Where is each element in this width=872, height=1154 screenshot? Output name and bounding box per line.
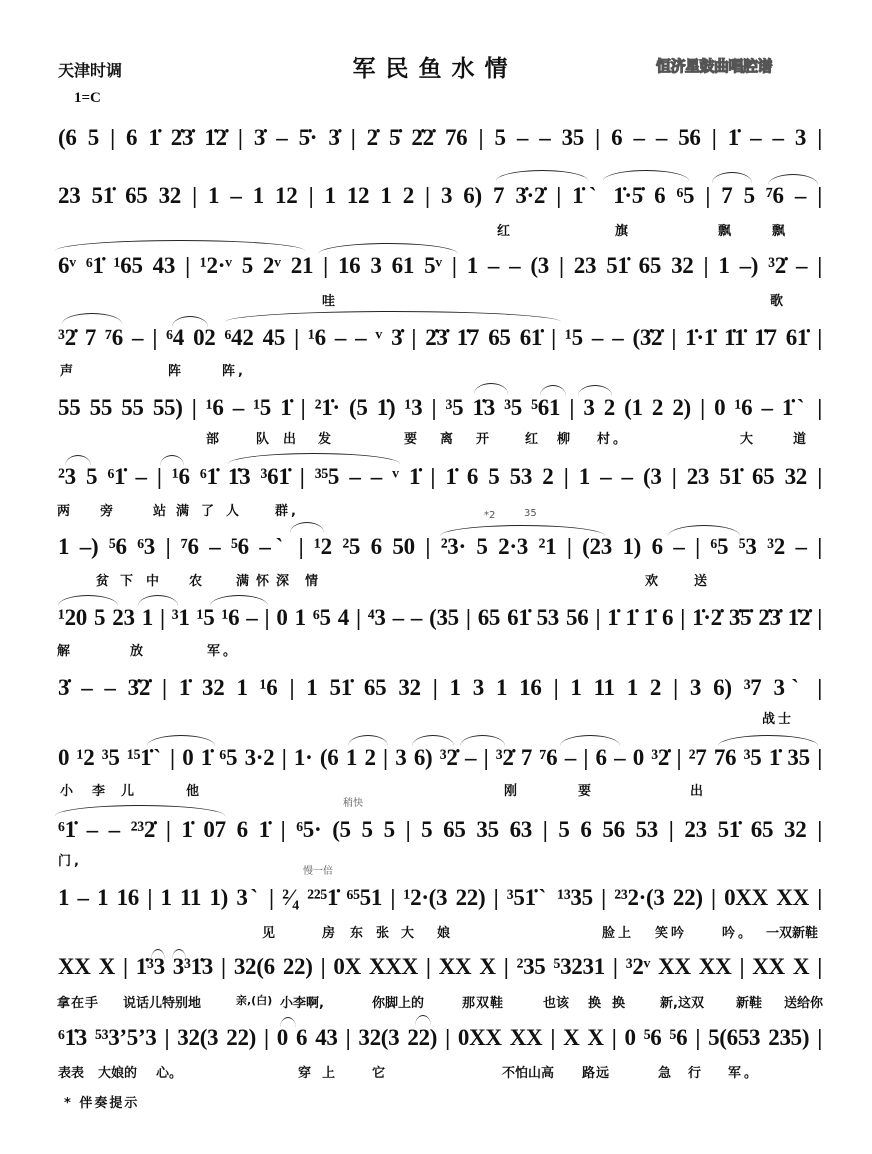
lyric: 吟。 — [722, 922, 754, 941]
lyric: 新鞋 — [736, 992, 762, 1011]
lyric: 脸上 — [602, 922, 634, 941]
lyric: 站 — [153, 500, 169, 519]
lyric: 那双鞋 — [462, 992, 504, 1011]
lyric: 要 — [578, 780, 594, 799]
lyric: 你脚上的 — [372, 992, 424, 1011]
lyric: 刚 — [504, 780, 520, 799]
lyric: 队 — [256, 428, 272, 447]
score-page: 天津时调 军民鱼水情 恒济星鼓曲唱腔谱 1=C *2 35 稍快 慢一倍 (6 … — [0, 0, 872, 1154]
lyric: 门, — [58, 850, 82, 869]
lyric: 穿 — [298, 1062, 314, 1081]
lyric: 它 — [372, 1062, 388, 1081]
lyric: 贫 — [96, 570, 112, 589]
lyric: 小李啊, — [280, 992, 324, 1011]
lyric: 见 — [262, 922, 278, 941]
lyric: 大 — [740, 428, 756, 447]
lyric: 大娘的 — [98, 1062, 137, 1081]
tempo-marking-faster: 稍快 — [343, 794, 363, 809]
notation-line-3: 6ᵛ ⁶1̇ ¹65 43 | ¹2·ᵛ 5 2ᵛ 21 | 16 3 61 5… — [58, 253, 822, 283]
key-signature: 1=C — [74, 90, 101, 107]
lyric: 情 — [305, 570, 321, 589]
lyric: 送给你 — [784, 992, 823, 1011]
lyric: 了 — [201, 500, 217, 519]
slur — [496, 170, 588, 181]
slur — [225, 311, 561, 322]
lyric: 满 — [176, 500, 192, 519]
lyric: 换 — [612, 992, 628, 1011]
slur — [603, 170, 689, 181]
lyric: 张 — [376, 922, 392, 941]
slur — [290, 522, 324, 533]
lyric: 发 — [318, 428, 334, 447]
notation-line-11: ⁶1̇ – – ²³2̇ | 1̇ 07 6 1̇ | ⁶5· (5 5 5 |… — [58, 817, 822, 847]
lyric: 急 — [658, 1062, 674, 1081]
lyric: 表表 — [58, 1062, 84, 1081]
lyric: 换 — [588, 992, 604, 1011]
lyric: 李 — [92, 780, 108, 799]
lyric: 怀 — [256, 570, 272, 589]
lyric: 飘 — [772, 220, 788, 239]
lyric: 农 — [189, 570, 205, 589]
slur — [712, 172, 752, 183]
accompaniment-notes: 35 — [524, 508, 537, 519]
genre-label: 天津时调 — [58, 58, 122, 81]
lyric: 亲,(白) — [236, 992, 272, 1008]
lyric: 放 — [130, 640, 146, 659]
lyric: 满 — [236, 570, 252, 589]
notation-line-7: 1 –) ⁵6 ⁶3 | ⁷6 – ⁵6 –ˋ | ¹2 ²5 6 50 | ²… — [58, 534, 822, 564]
lyric: 两 — [57, 500, 73, 519]
lyric: 上 — [322, 1062, 338, 1081]
notation-line-6: ²3 5 ⁶1̇ – | ¹6 ⁶1̇ 1̇3 ³61̇ | ³⁵5 – – ᵛ… — [58, 464, 822, 494]
notation-line-10: 0 ¹2 ³5 ¹⁵1̇ˋ | 0 1̇ ⁶5 3·2 | 1· (6 1 2 … — [58, 745, 822, 775]
lyric: 声 — [60, 360, 76, 379]
slur — [55, 240, 305, 251]
lyric: 一双新鞋 — [766, 922, 818, 941]
lyric: 拿在手 — [57, 992, 99, 1011]
lyric: 大 — [401, 922, 417, 941]
lyric: 中 — [146, 570, 162, 589]
slur — [55, 805, 225, 816]
notation-line-14: ⁶1̇3 ⁵³3ʼ5ʼ3 | 32(3 22) | 0 6 43 | 32(3 … — [58, 1025, 822, 1055]
lyric: 说话儿特别地 — [123, 992, 201, 1011]
lyric: 出 — [690, 780, 706, 799]
lyric: 出 — [283, 428, 299, 447]
lyric: 娘 — [437, 922, 453, 941]
notation-line-4: ³2̇ 7 ⁷6 – | ⁶4 02 ⁶42 45 | ¹6 – – ᵛ 3̇ … — [58, 325, 822, 355]
notation-line-1: (6 5 | 6 1̇ 2̇3̇ 1̇2̇ | 3̇ – 5̇· 3̇ | 2̇… — [58, 125, 822, 155]
lyric: 军。 — [728, 1062, 760, 1081]
lyric: 离 — [440, 428, 456, 447]
lyric: 红 — [525, 428, 541, 447]
lyric: 下 — [120, 570, 136, 589]
lyric: 开 — [476, 428, 492, 447]
notation-line-8: ¹20 5 23 1 | ³1 ¹5 ¹6 – | 0 1 ⁶5 4 | ⁴3 … — [58, 605, 822, 635]
source-watermark: 恒济星鼓曲唱腔谱 — [656, 55, 772, 76]
lyric: 战士 — [762, 708, 794, 727]
lyric: 新,这双 — [660, 992, 704, 1011]
lyric: 送 — [694, 570, 710, 589]
slur — [474, 383, 508, 394]
notation-line-12: 1 – 1 16 | 1 11 1) 3ˋ | ²⁄₄ ²²⁵1̇ ⁶⁵51 |… — [58, 885, 822, 915]
lyric: 他 — [186, 780, 202, 799]
lyric: 人 — [226, 500, 242, 519]
lyric: 柳 — [557, 428, 573, 447]
notation-line-13: XX X | 1̇³3 3³1̇3 | 32(6 22) | 0X XXX | … — [58, 954, 822, 984]
lyric: 房 — [322, 922, 338, 941]
page-title: 军民鱼水情 — [290, 50, 580, 83]
lyric: 解 — [57, 640, 73, 659]
lyric: 阵 — [168, 360, 184, 379]
slur — [228, 453, 400, 464]
lyric: 飘 — [718, 220, 734, 239]
lyric: 群, — [275, 500, 299, 519]
slur — [62, 313, 122, 324]
lyric: 要 — [404, 428, 420, 447]
lyric: 路远 — [582, 1062, 610, 1081]
lyric: 深 — [276, 570, 292, 589]
lyric: 旁 — [100, 500, 116, 519]
lyric: 阵, — [222, 360, 246, 379]
lyric: 军。 — [207, 640, 239, 659]
lyric: 哇 — [322, 290, 338, 309]
lyric: 也该 — [543, 992, 569, 1011]
notation-line-5: 55 55 55 55) | ¹6 – ¹5 1̇ | ²1̇· (5 1̇) … — [58, 395, 822, 425]
lyric: 小 — [60, 780, 76, 799]
tempo-marking-slower: 慢一倍 — [303, 862, 333, 877]
lyric: 道 — [793, 428, 809, 447]
lyric: 旗 — [615, 220, 631, 239]
lyric: 红 — [497, 220, 513, 239]
accompaniment-hint-note: * 伴奏提示 — [64, 1092, 139, 1111]
lyric: 欢 — [645, 570, 661, 589]
notation-line-2: 23 51̇ 65 32 | 1 – 1 12 | 1 12 1 2 | 3 6… — [58, 183, 822, 213]
lyric: 部 — [206, 428, 222, 447]
lyric: 行 — [688, 1062, 704, 1081]
lyric: 心。 — [156, 1062, 182, 1081]
accompaniment-mark: *2 — [484, 510, 495, 521]
lyric: 不怕山高 — [502, 1062, 554, 1081]
lyric: 儿 — [121, 780, 137, 799]
lyric: 村。 — [597, 428, 629, 447]
lyric: 歌 — [770, 290, 786, 309]
lyric: 东 — [350, 922, 366, 941]
lyric: 笑吟 — [655, 922, 687, 941]
notation-line-9: 3̇ – – 3̇2̇ | 1̇ 32 1 ¹6 | 1 51̇ 65 32 |… — [58, 675, 822, 705]
